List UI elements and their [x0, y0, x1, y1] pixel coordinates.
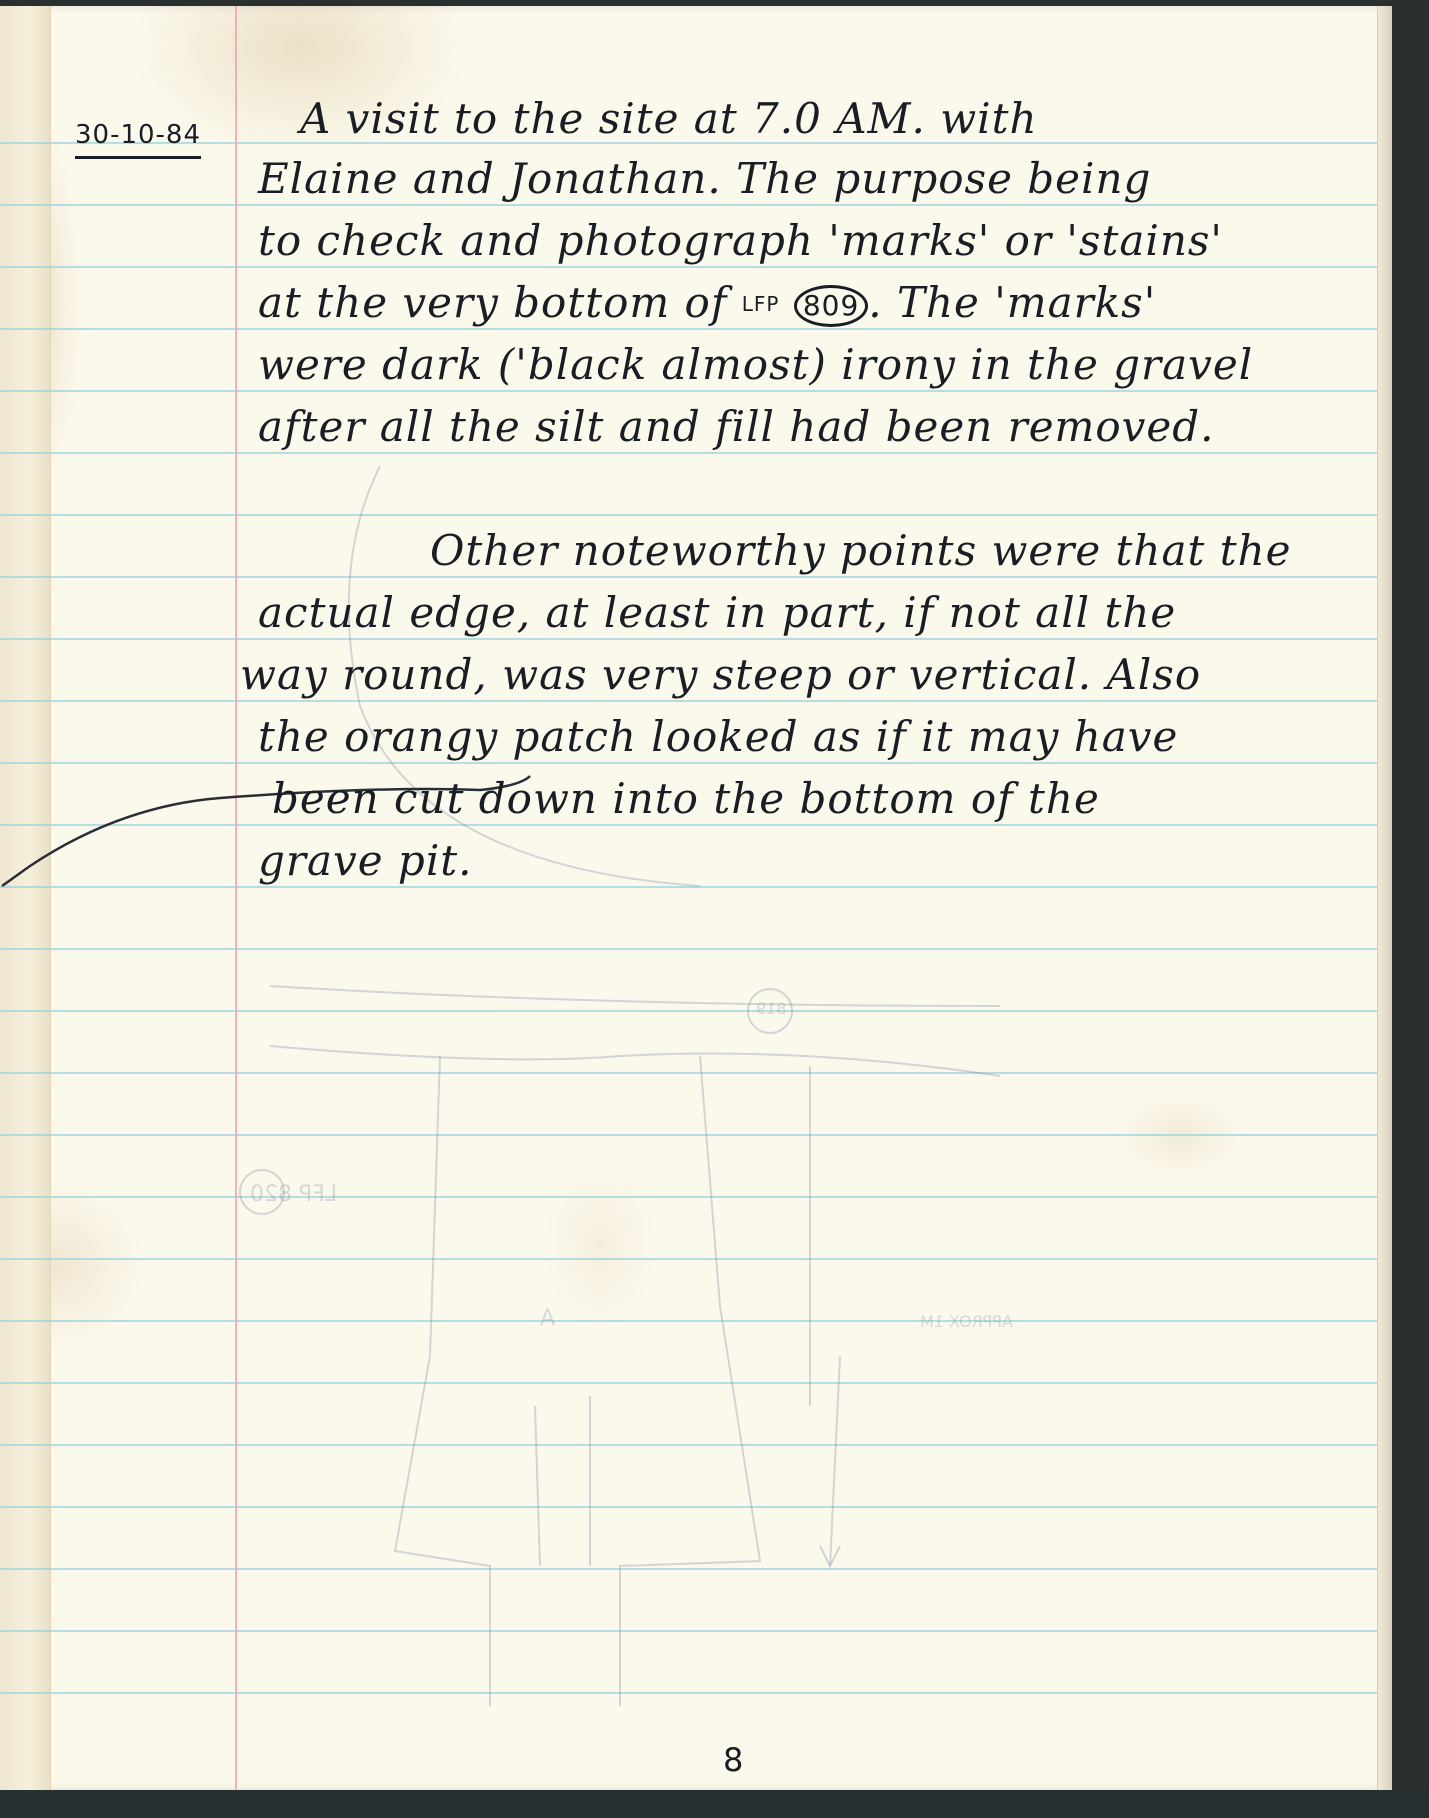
entry-date: 30-10-84: [75, 120, 201, 159]
ruled-line: [0, 1320, 1378, 1322]
text-segment: at the very bottom of: [258, 278, 727, 327]
text-segment: . The 'marks': [868, 278, 1156, 327]
text-line: after all the silt and fill had been rem…: [258, 406, 1215, 448]
show-through-label: APPROX 1M: [920, 1312, 1013, 1331]
ruled-line: [0, 1010, 1378, 1012]
text-line: A visit to the site at 7.0 AM. with: [300, 98, 1038, 140]
lfp-prefix: LFP: [742, 292, 780, 316]
ruled-line: [0, 1568, 1378, 1570]
text-line: were dark ('black almost) irony in the g…: [258, 344, 1253, 386]
text-line: Elaine and Jonathan. The purpose being: [258, 158, 1151, 200]
text-line: to check and photograph 'marks' or 'stai…: [258, 220, 1223, 262]
ruled-line: [0, 1072, 1378, 1074]
page-number: 8: [723, 1741, 743, 1779]
text-line: Other noteworthy points were that the: [430, 530, 1292, 572]
show-through-label: LFP 820: [250, 1182, 337, 1207]
ruled-line: [0, 1258, 1378, 1260]
page-edge: [1377, 6, 1392, 1790]
show-through-label: 819: [756, 999, 787, 1018]
ruled-line: [0, 1692, 1378, 1694]
text-line: the orangy patch looked as if it may hav…: [258, 716, 1178, 758]
ruled-line: [0, 1134, 1378, 1136]
text-line: at the very bottom of LFP 809. The 'mark…: [258, 282, 1156, 327]
ruled-line: [0, 1196, 1378, 1198]
notebook-page: LFP 820 819 APPROX 1M A 30-10-84 A visit…: [0, 6, 1392, 1790]
text-line: way round, was very steep or vertical. A…: [240, 654, 1201, 696]
ruled-line: [0, 1506, 1378, 1508]
scan-background: [0, 1790, 1429, 1818]
lfp-number-circled: 809: [794, 285, 868, 327]
ruled-line: [0, 1444, 1378, 1446]
ruled-line: [0, 1630, 1378, 1632]
ruled-line: [0, 1382, 1378, 1384]
text-line: actual edge, at least in part, if not al…: [258, 592, 1176, 634]
text-line: grave pit.: [258, 840, 472, 882]
ruled-line: [0, 948, 1378, 950]
text-line: been cut down into the bottom of the: [272, 778, 1100, 820]
show-through-label: A: [540, 1306, 555, 1331]
